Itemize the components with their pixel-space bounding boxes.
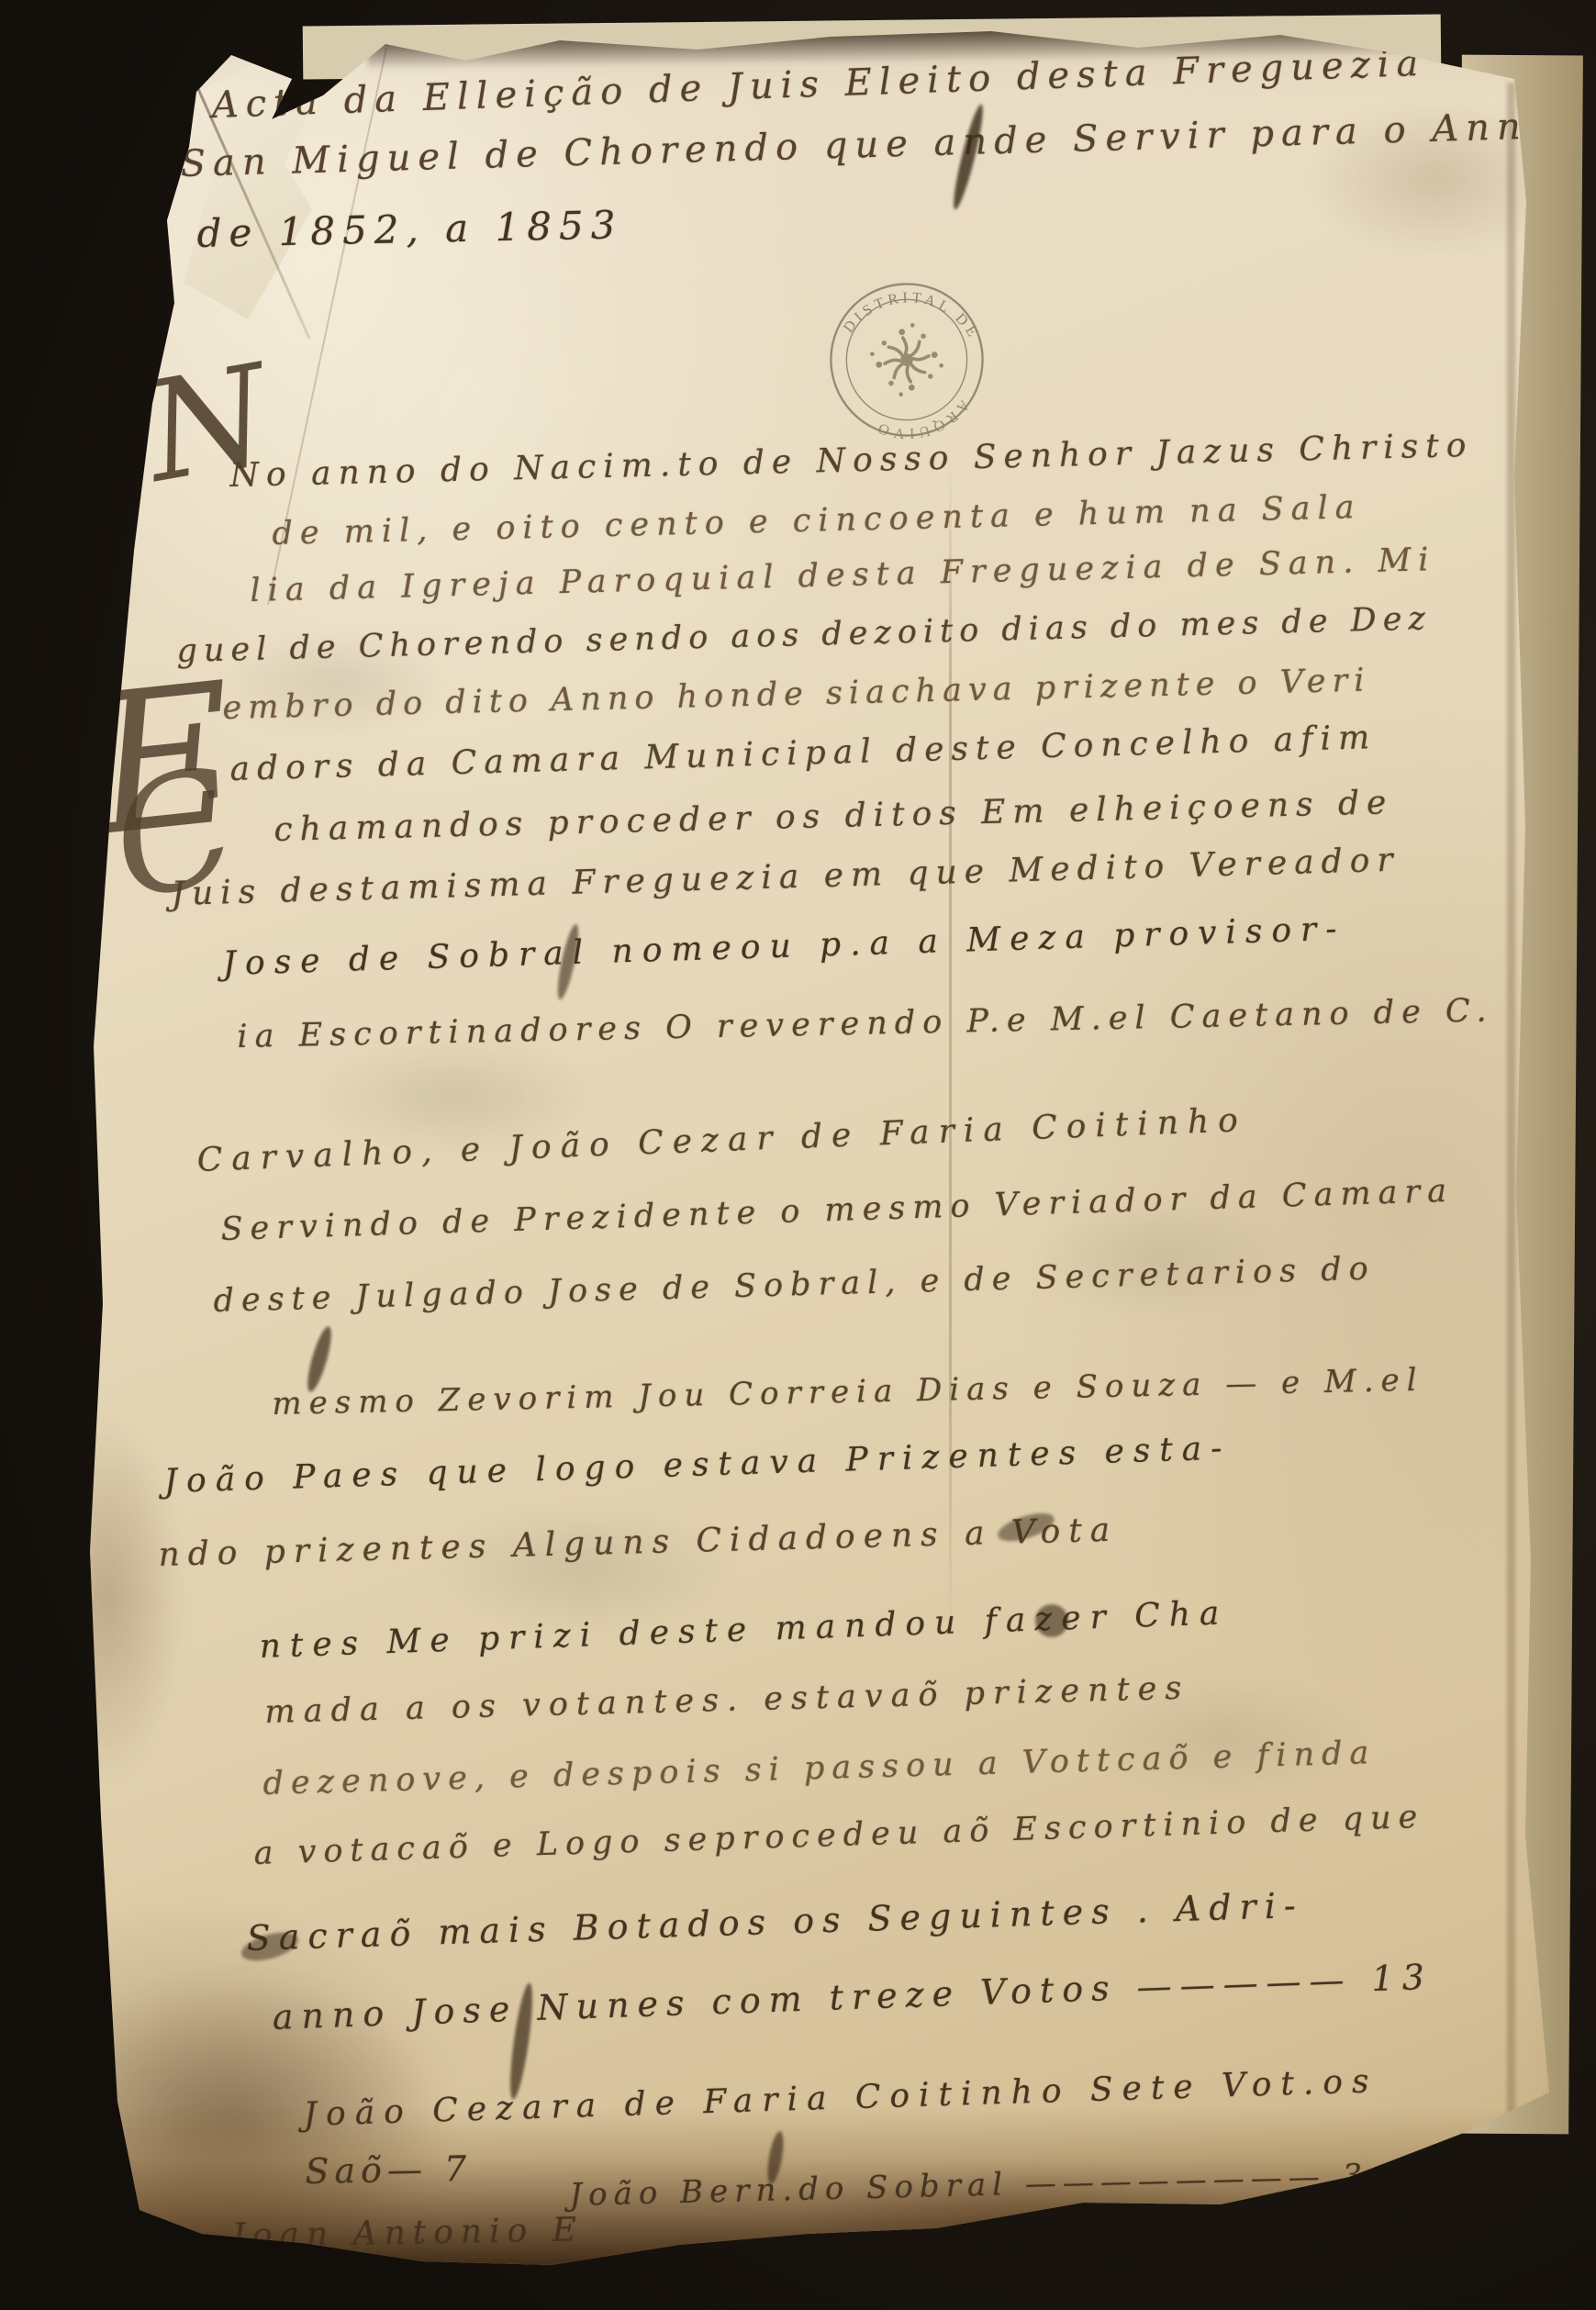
manuscript-page: DISTRITAL DE ARQUIVO [0,0,1596,2310]
manuscript-line: Saõ— 7 [305,2148,473,2192]
flourish-letter: N [138,353,278,497]
archive-stamp: DISTRITAL DE ARQUIVO [811,264,1003,456]
right-edge-crease [1507,83,1515,2129]
document-photo: DISTRITAL DE ARQUIVO [0,0,1596,2310]
ink-blot [1035,1604,1068,1637]
stamp-ring-text-top: DISTRITAL DE [835,275,985,363]
stamp-emblem-icon [866,319,948,401]
manuscript-line: Joan Antonio E [231,2211,584,2255]
header-line: de 1852, a 1853 [196,202,623,256]
paper-stain [28,1413,184,1780]
